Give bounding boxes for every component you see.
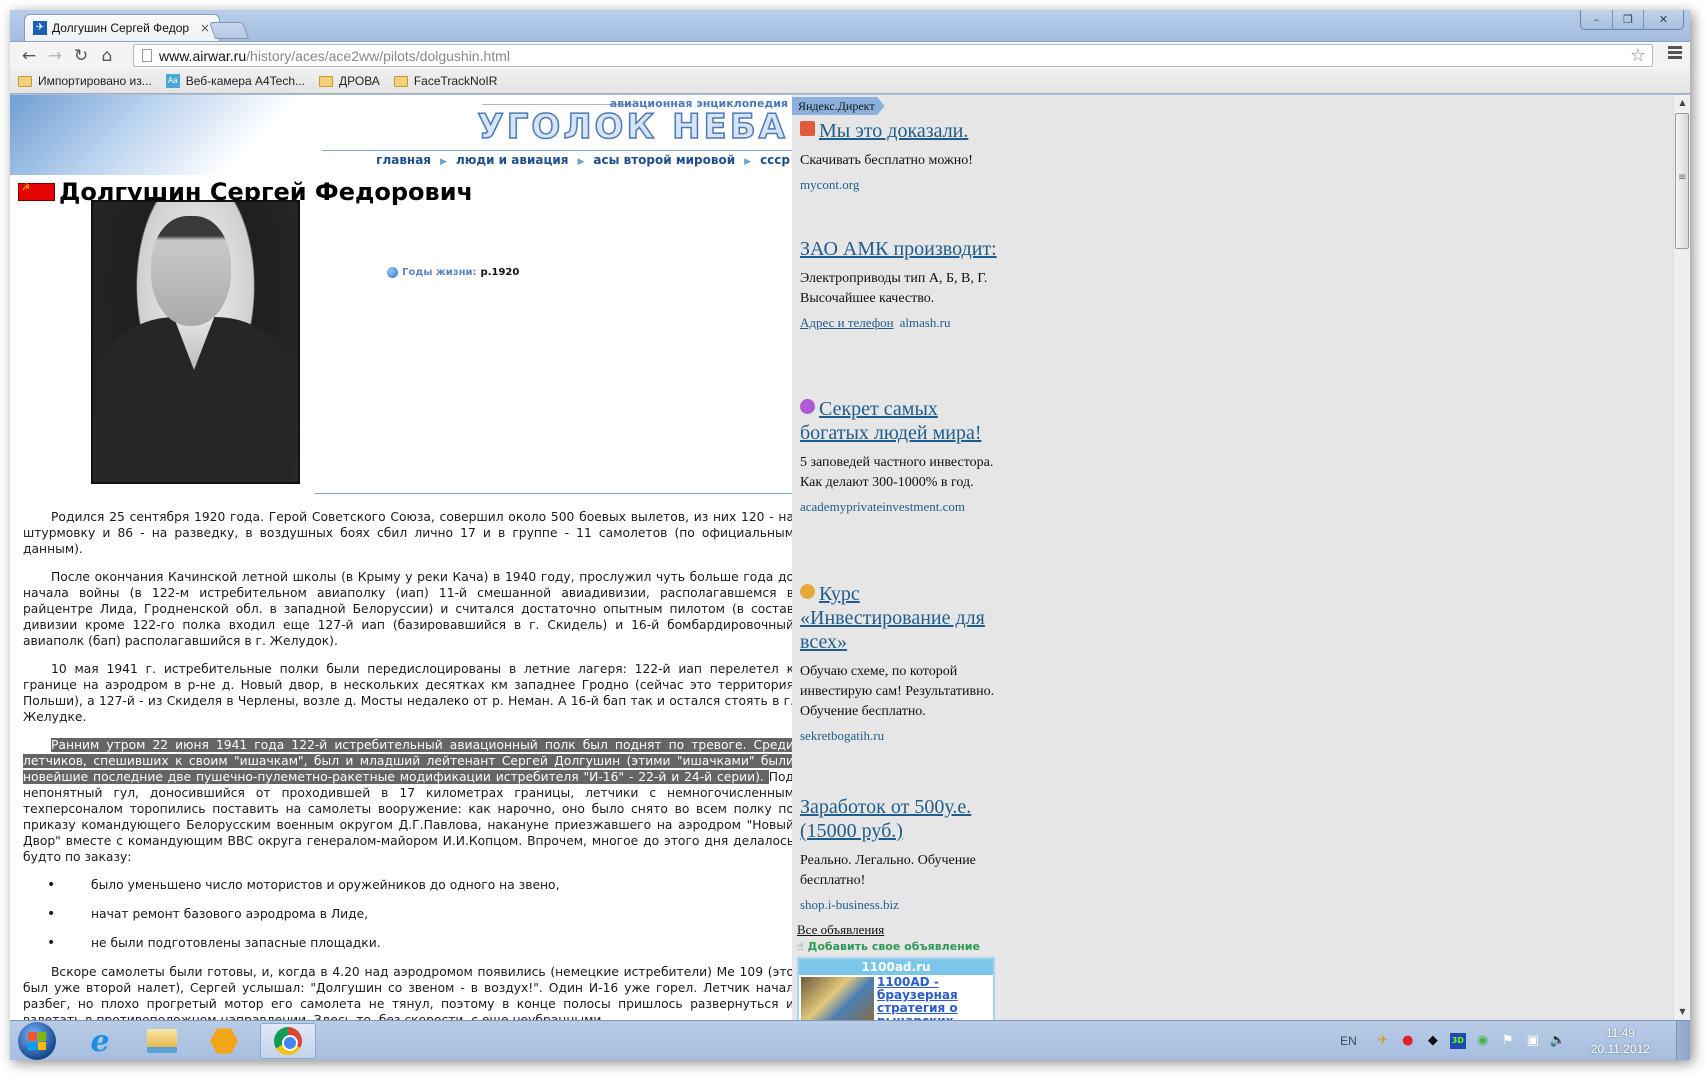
ad-domain[interactable]: almash.ru — [900, 315, 951, 330]
system-tray: EN ✈ ● ◆ 3D ◉ ⚑ ▣ 🔈 11:49 20.11.2012 — [1340, 1021, 1650, 1060]
volume-icon[interactable]: 🔈 — [1550, 1033, 1566, 1049]
mc-logo-icon — [800, 121, 815, 136]
bookmark-webcam[interactable]: AaВеб-камера A4Tech... — [166, 74, 305, 88]
ad-domain[interactable]: academyprivateinvestment.com — [800, 499, 1005, 515]
clock[interactable]: 11:49 20.11.2012 — [1591, 1025, 1650, 1057]
start-button[interactable] — [18, 1022, 56, 1060]
selected-text: Ранним утром 22 июня 1941 года 122-й ист… — [23, 738, 794, 784]
minimize-button[interactable]: – — [1581, 10, 1612, 29]
add-ad-link[interactable]: ☝ Добавить свое объявление — [797, 940, 980, 953]
home-icon[interactable]: ⌂ — [94, 46, 120, 66]
list-item: было уменьшено число мотористов и оружей… — [23, 877, 794, 893]
tab-active[interactable]: ✈ Долгушин Сергей Федор × — [24, 14, 220, 41]
menu-icon[interactable] — [1668, 46, 1682, 61]
page-viewport: авиационная энциклопедия УГОЛОК НЕБА гла… — [10, 95, 1690, 1020]
emblem-logo-icon — [800, 584, 815, 599]
ad-title[interactable]: Мы это доказали. — [800, 119, 1005, 143]
forward-icon[interactable]: → — [42, 46, 68, 66]
scroll-down-icon[interactable]: ▼ — [1674, 1004, 1690, 1020]
clock-date: 20.11.2012 — [1591, 1041, 1650, 1057]
ad-body: Электроприводы тип А, Б, В, Г. Высочайше… — [800, 269, 1005, 309]
ad-item: Мы это доказали. Скачивать бесплатно мож… — [800, 119, 1005, 193]
breadcrumb-ussr[interactable]: ссср — [760, 153, 790, 167]
scroll-thumb[interactable] — [1675, 113, 1689, 249]
airplane-favicon-icon: ✈ — [33, 21, 47, 35]
ad-item: Курс «Инвестирование для всех» Обучаю сх… — [800, 582, 1005, 744]
ad-domain[interactable]: shop.i-business.biz — [800, 897, 1005, 913]
promo-header[interactable]: 1100ad.ru — [799, 959, 993, 975]
taskbar-chrome[interactable] — [260, 1023, 316, 1059]
chevron-right-icon: ▶ — [577, 157, 584, 171]
url-text[interactable]: www.airwar.ru/history/aces/ace2ww/pilots… — [159, 48, 510, 64]
file-explorer-icon — [147, 1029, 177, 1053]
life-years: Годы жизни: р.1920 — [387, 267, 519, 278]
bookmarks-bar: Импортировано из... AaВеб-камера A4Tech.… — [10, 69, 1690, 94]
ad-title[interactable]: Секрет самых богатых людей мира! — [800, 397, 1005, 445]
windows-logo-icon — [28, 1032, 46, 1050]
years-value: р.1920 — [481, 267, 520, 278]
reload-icon[interactable]: ↻ — [68, 46, 94, 66]
taskbar-bee-app[interactable] — [196, 1023, 252, 1059]
close-window-button[interactable]: ✕ — [1643, 10, 1683, 29]
folder-icon — [18, 76, 32, 87]
taskbar-ie[interactable]: e — [72, 1023, 128, 1059]
promo-box: 1100ad.ru 1100AD - браузерная стратегия … — [797, 957, 995, 1020]
green-status-icon[interactable]: ◉ — [1475, 1033, 1491, 1049]
breadcrumb-home[interactable]: главная — [376, 153, 431, 167]
paragraph: Родился 25 сентября 1920 года. Герой Сов… — [23, 509, 794, 557]
ad-body: Обучаю схеме, по которой инвестирую сам!… — [800, 662, 1005, 722]
paragraph: После окончания Качинской летной школы (… — [23, 569, 794, 649]
breadcrumb: главная ▶ люди и авиация ▶ асы второй ми… — [376, 153, 790, 167]
record-icon[interactable]: ● — [1400, 1033, 1416, 1049]
paragraph: 10 мая 1941 г. истребительные полки были… — [23, 661, 794, 725]
ad-title[interactable]: Курс «Инвестирование для всех» — [800, 582, 1005, 654]
restore-button[interactable]: ❐ — [1612, 10, 1643, 29]
ad-item: Секрет самых богатых людей мира! 5 запов… — [800, 397, 1005, 515]
bee-app-icon — [210, 1027, 238, 1055]
nav-divider — [322, 150, 792, 151]
action-center-flag-icon[interactable]: ⚑ — [1500, 1033, 1516, 1049]
browser-toolbar: ← → ↻ ⌂ www.airwar.ru/history/aces/ace2w… — [10, 41, 1690, 69]
years-label: Годы жизни: — [402, 267, 477, 278]
site-logo[interactable]: УГОЛОК НЕБА — [478, 107, 788, 147]
page-icon — [142, 49, 152, 62]
scroll-up-icon[interactable]: ▲ — [1674, 95, 1690, 111]
ad-item: Заработок от 500у.е. (15000 руб.) Реальн… — [800, 795, 1005, 913]
chevron-right-icon: ▶ — [744, 157, 751, 171]
ad-body: Скачивать бесплатно можно! — [800, 151, 1005, 171]
section-divider — [315, 493, 792, 494]
list-item: начат ремонт базового аэродрома в Лиде, — [23, 906, 794, 922]
ad-links: Адрес и телефонalmash.ru — [800, 315, 1005, 331]
ad-domain[interactable]: sekretbogatih.ru — [800, 728, 1005, 744]
pilot-photo — [91, 200, 300, 484]
browser-window: ✈ Долгушин Сергей Федор × – ❐ ✕ ← → ↻ ⌂ … — [10, 10, 1690, 1060]
chevron-right-icon: ▶ — [440, 157, 447, 171]
show-desktop-button[interactable] — [1676, 1021, 1690, 1060]
tab-close-icon[interactable]: × — [200, 21, 210, 35]
new-tab-button[interactable] — [209, 22, 249, 39]
address-bar[interactable]: www.airwar.ru/history/aces/ace2ww/pilots… — [133, 44, 1653, 67]
clock-time: 11:49 — [1591, 1025, 1650, 1041]
back-icon[interactable]: ← — [16, 46, 42, 66]
folder-icon — [319, 76, 333, 87]
bullet-icon — [387, 267, 398, 278]
hand-icon: ☝ — [797, 940, 808, 953]
windows-taskbar: e EN ✈ ● ◆ 3D ◉ ⚑ ▣ 🔈 11:49 20.11.2012 — [10, 1020, 1690, 1060]
all-ads-link[interactable]: Все объявления — [797, 922, 884, 938]
paragraph: Ранним утром 22 июня 1941 года 122-й ист… — [23, 737, 794, 865]
header-gradient — [10, 95, 350, 175]
ad-title[interactable]: ЗАО АМК производит: — [800, 237, 1005, 261]
ad-body: 5 заповедей частного инвестора. Как дела… — [800, 453, 1005, 493]
paragraph: Вскоре самолеты были готовы, и, когда в … — [23, 964, 794, 1020]
ad-item: ЗАО АМК производит: Электроприводы тип А… — [800, 237, 1005, 331]
tray-app-icon[interactable]: ✈ — [1375, 1033, 1391, 1049]
list-item: не были подготовлены запасные площадки. — [23, 935, 794, 951]
internet-explorer-icon: e — [90, 1024, 109, 1059]
ad-title[interactable]: Заработок от 500у.е. (15000 руб.) — [800, 795, 1005, 843]
ad-body: Реально. Легально. Обучение бесплатно! — [800, 851, 1005, 891]
article-body: Родился 25 сентября 1920 года. Герой Сов… — [23, 509, 794, 1020]
gamepad-icon[interactable]: ◆ — [1425, 1033, 1441, 1049]
bookmark-imported[interactable]: Импортировано из... — [18, 74, 152, 88]
breadcrumb-people[interactable]: люди и авиация — [456, 153, 569, 167]
tab-strip: ✈ Долгушин Сергей Федор × – ❐ ✕ — [10, 10, 1690, 41]
webcam-icon: Aa — [166, 74, 180, 88]
yandex-direct-label[interactable]: Яндекс.Директ — [792, 97, 885, 115]
window-controls: – ❐ ✕ — [1580, 10, 1684, 30]
xpadder-3d-icon[interactable]: 3D — [1450, 1033, 1466, 1049]
taskbar-explorer[interactable] — [134, 1023, 190, 1059]
yandex-direct-ads: Яндекс.Директ Мы это доказали. Скачивать… — [792, 95, 1012, 1020]
folder-icon — [394, 76, 408, 87]
network-icon[interactable]: ▣ — [1525, 1033, 1541, 1049]
bookmark-drova[interactable]: ДРОВА — [319, 74, 380, 88]
promo-image[interactable] — [801, 977, 874, 1020]
bookmark-facetracknoir[interactable]: FaceTrackNoIR — [394, 74, 498, 88]
tab-title: Долгушин Сергей Федор — [52, 21, 194, 35]
ussr-flag-icon — [18, 183, 55, 201]
vertical-scrollbar[interactable]: ▲ ▼ — [1673, 95, 1690, 1020]
main-content: авиационная энциклопедия УГОЛОК НЕБА гла… — [10, 95, 792, 1020]
ad-domain[interactable]: mycont.org — [800, 177, 1005, 193]
bullet-list: было уменьшено число мотористов и оружей… — [23, 877, 794, 951]
eye-logo-icon — [800, 399, 815, 414]
bookmark-star-icon[interactable]: ☆ — [1630, 45, 1646, 66]
ad-contacts-link[interactable]: Адрес и телефон — [800, 315, 894, 330]
language-indicator[interactable]: EN — [1340, 1034, 1357, 1048]
breadcrumb-aces[interactable]: асы второй мировой — [593, 153, 735, 167]
chrome-icon — [274, 1027, 302, 1055]
promo-link[interactable]: 1100AD - браузерная стратегия о рыцарски… — [877, 976, 992, 1020]
